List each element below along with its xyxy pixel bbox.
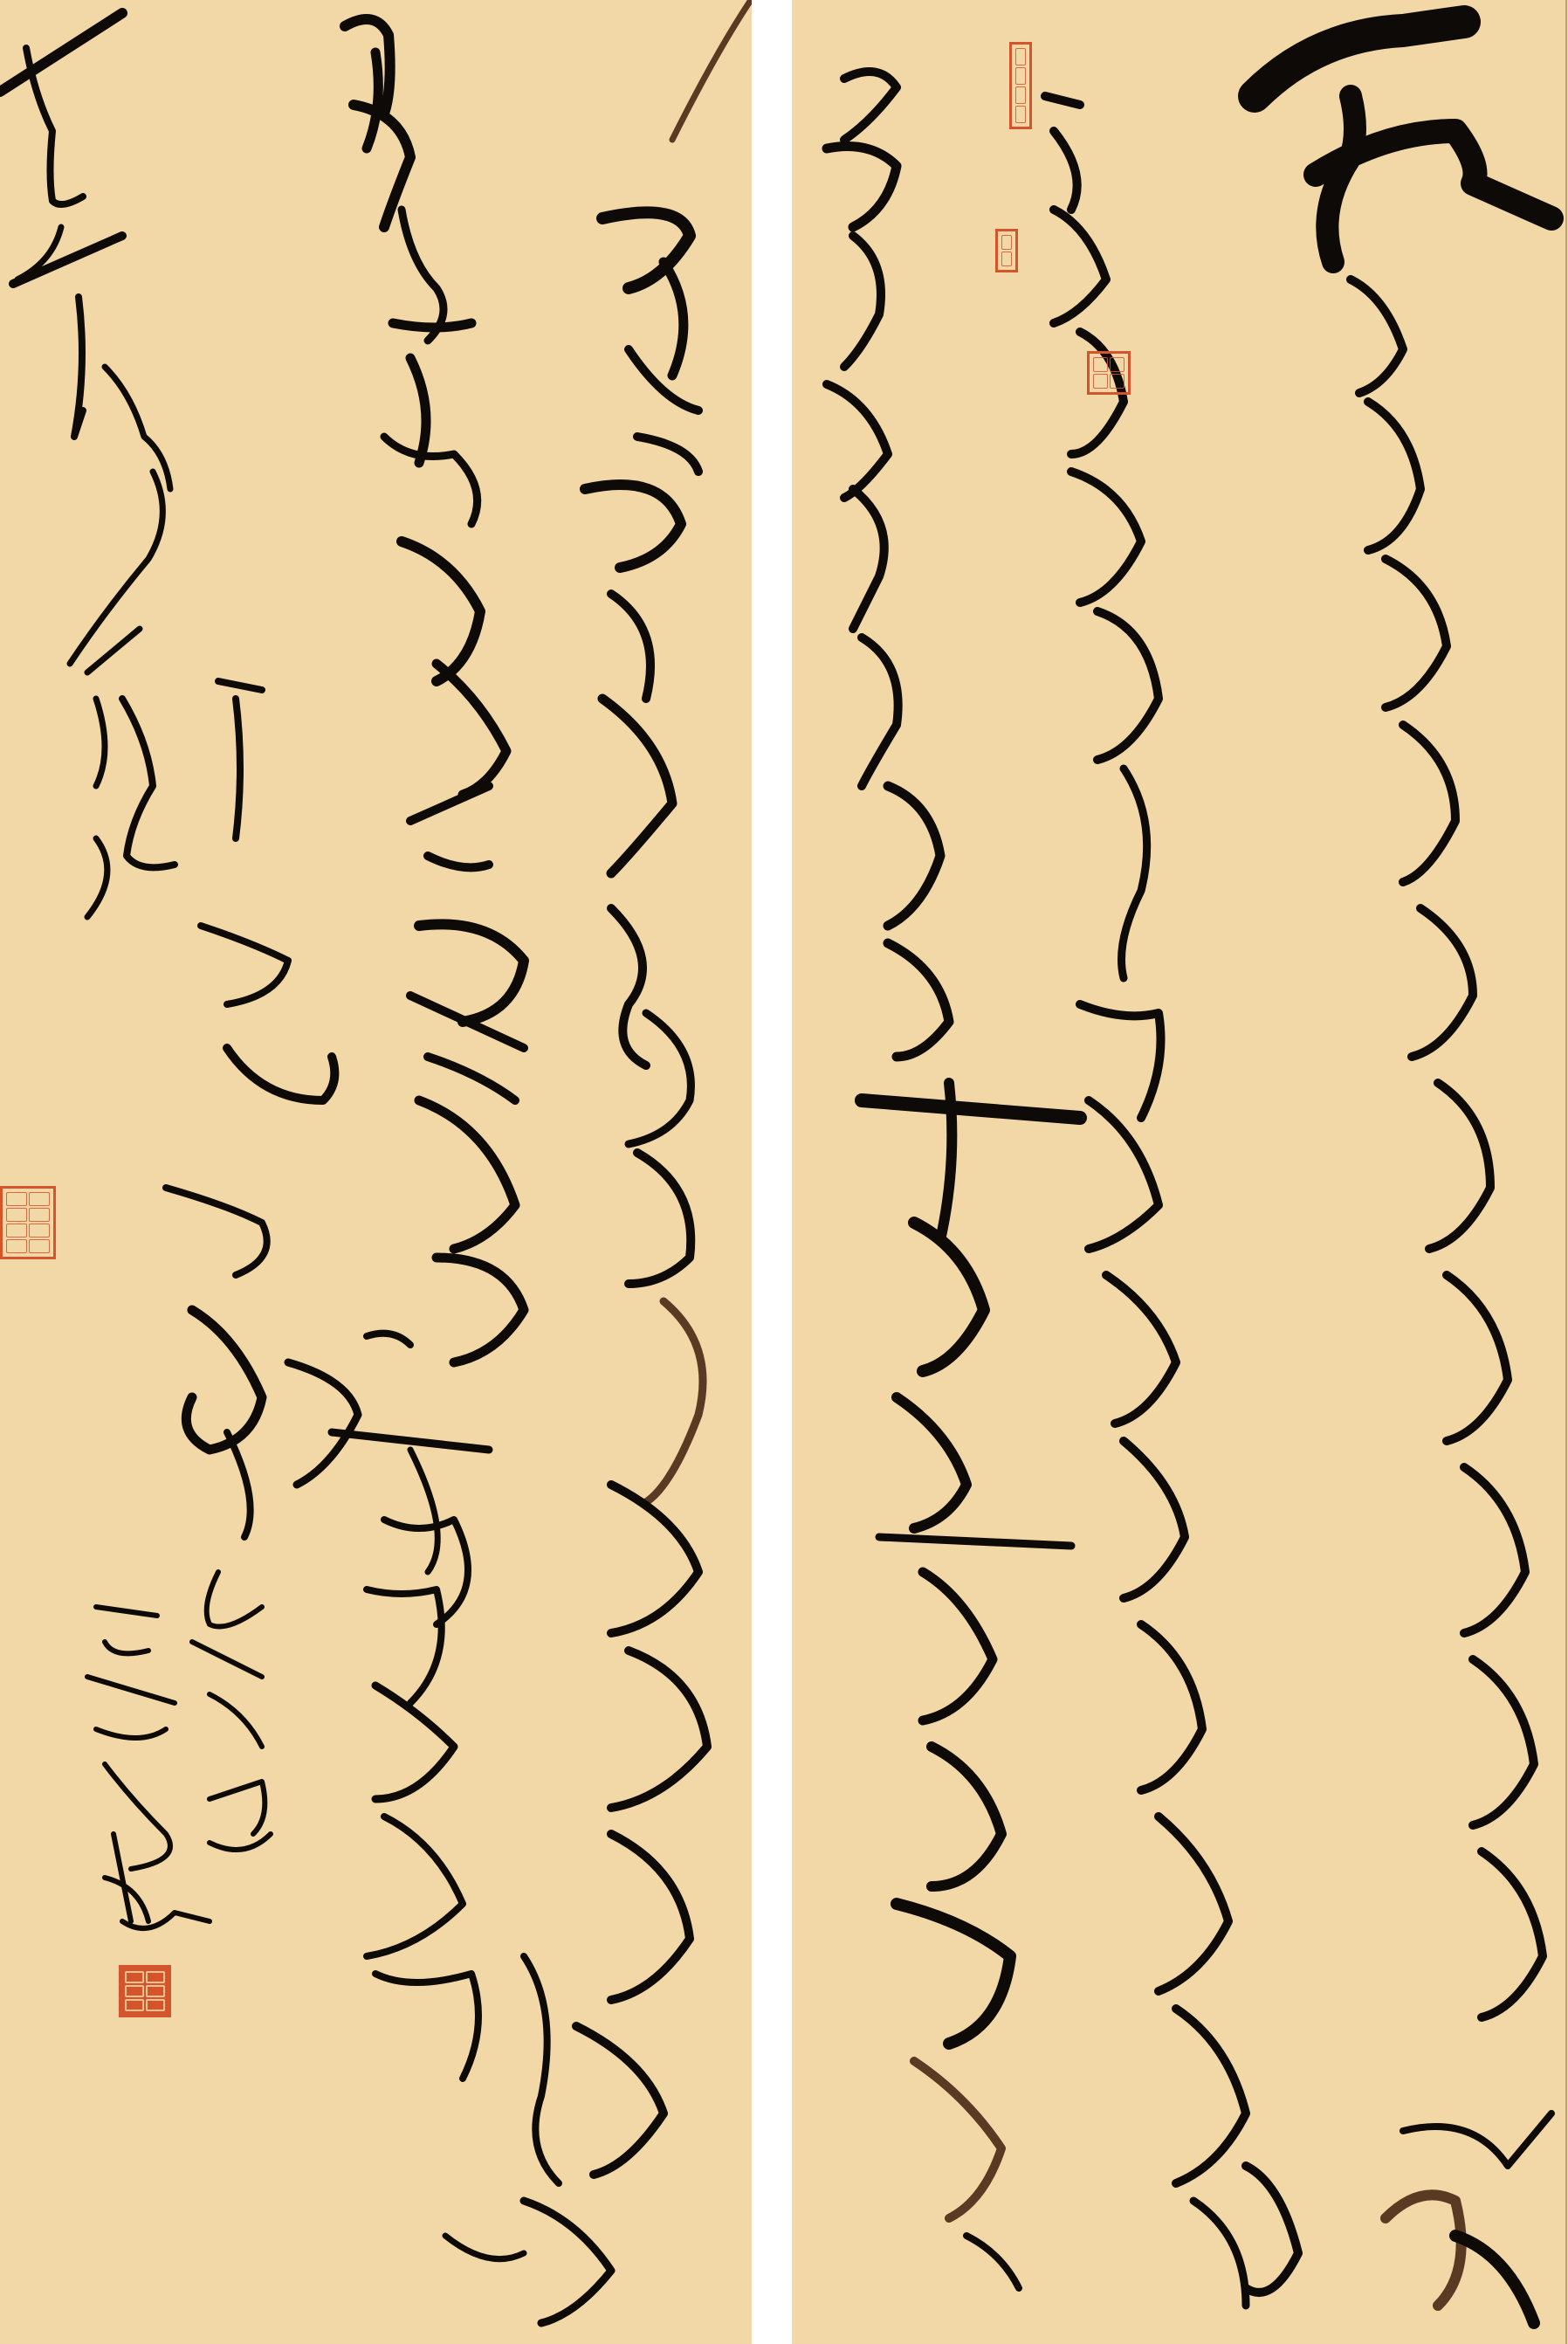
seal-stamp-right-top-small [1087,351,1131,395]
seal-glyph [29,1239,50,1253]
seal-glyph [1015,106,1026,123]
seal-glyph [146,1985,165,1997]
seal-glyph [1001,235,1012,250]
seal-glyph [1001,252,1012,266]
seal-glyph [6,1239,27,1253]
paper-background [792,0,1568,2344]
right-panel-brushwork [792,0,1568,2344]
seal-glyph [29,1224,50,1237]
left-calligraphy-panel [0,0,752,2344]
seal-glyph [1093,357,1108,372]
seal-glyph [6,1208,27,1222]
seal-glyph [1015,48,1026,65]
seal-stamp-left-signature [119,1965,171,2017]
panel-divider-gap [752,0,792,2344]
seal-glyph [125,1985,144,1997]
seal-glyph [1110,357,1124,372]
seal-glyph [6,1224,27,1237]
right-panel-edge-line [1565,0,1567,2344]
seal-stamp-right-top-square [995,229,1018,272]
seal-glyph [125,1999,144,2011]
seal-glyph [146,1971,165,1983]
right-calligraphy-panel [792,0,1568,2344]
seal-glyph [1015,86,1026,104]
seal-glyph [6,1192,27,1206]
seal-glyph [1110,374,1124,389]
seal-stamp-left-middle [0,1186,56,1259]
seal-glyph [146,1999,165,2011]
seal-glyph [125,1971,144,1983]
seal-glyph [1093,374,1108,389]
seal-stamp-right-top-tall [1009,42,1032,129]
seal-glyph [29,1208,50,1222]
seal-glyph [1015,67,1026,85]
left-panel-brushwork [0,0,752,2344]
seal-glyph [29,1192,50,1206]
